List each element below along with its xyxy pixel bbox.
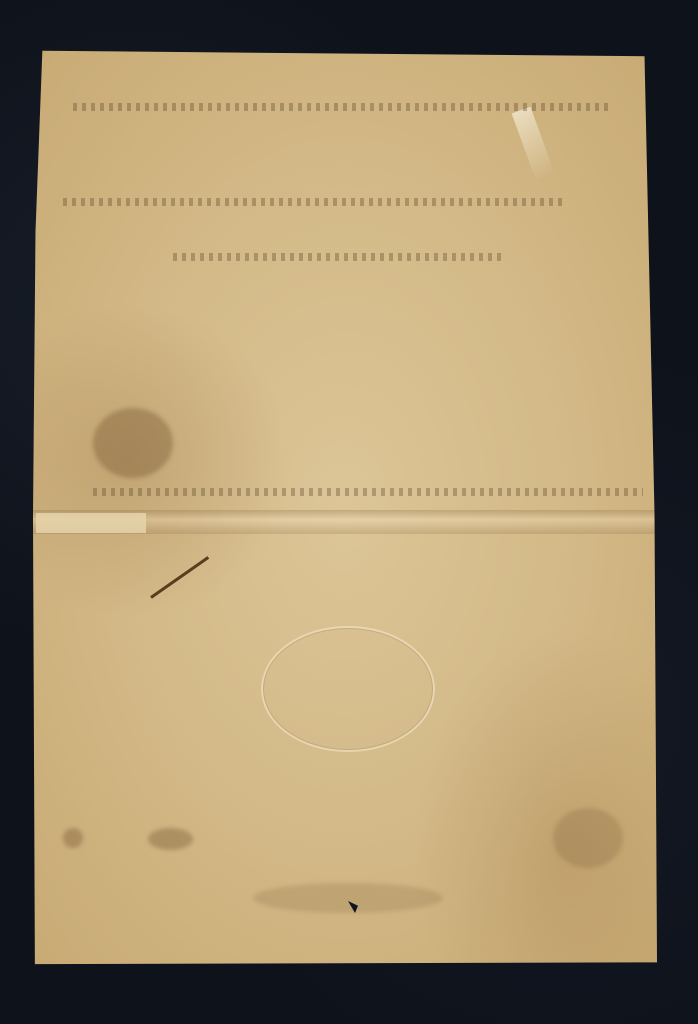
stain xyxy=(148,828,193,850)
ink-scratch xyxy=(150,556,209,599)
aged-paper-document xyxy=(33,48,657,966)
bleed-through-text-line xyxy=(93,488,643,496)
embossed-seal xyxy=(261,626,435,752)
paper-crease xyxy=(512,107,555,180)
bleed-through-text-line xyxy=(173,253,503,261)
stain xyxy=(553,808,623,868)
paper-repair-strip xyxy=(36,513,146,533)
bleed-through-text-line xyxy=(63,198,563,206)
stain xyxy=(93,408,173,478)
stain xyxy=(253,883,443,913)
bleed-through-text-line xyxy=(73,103,613,111)
stain xyxy=(63,828,83,848)
